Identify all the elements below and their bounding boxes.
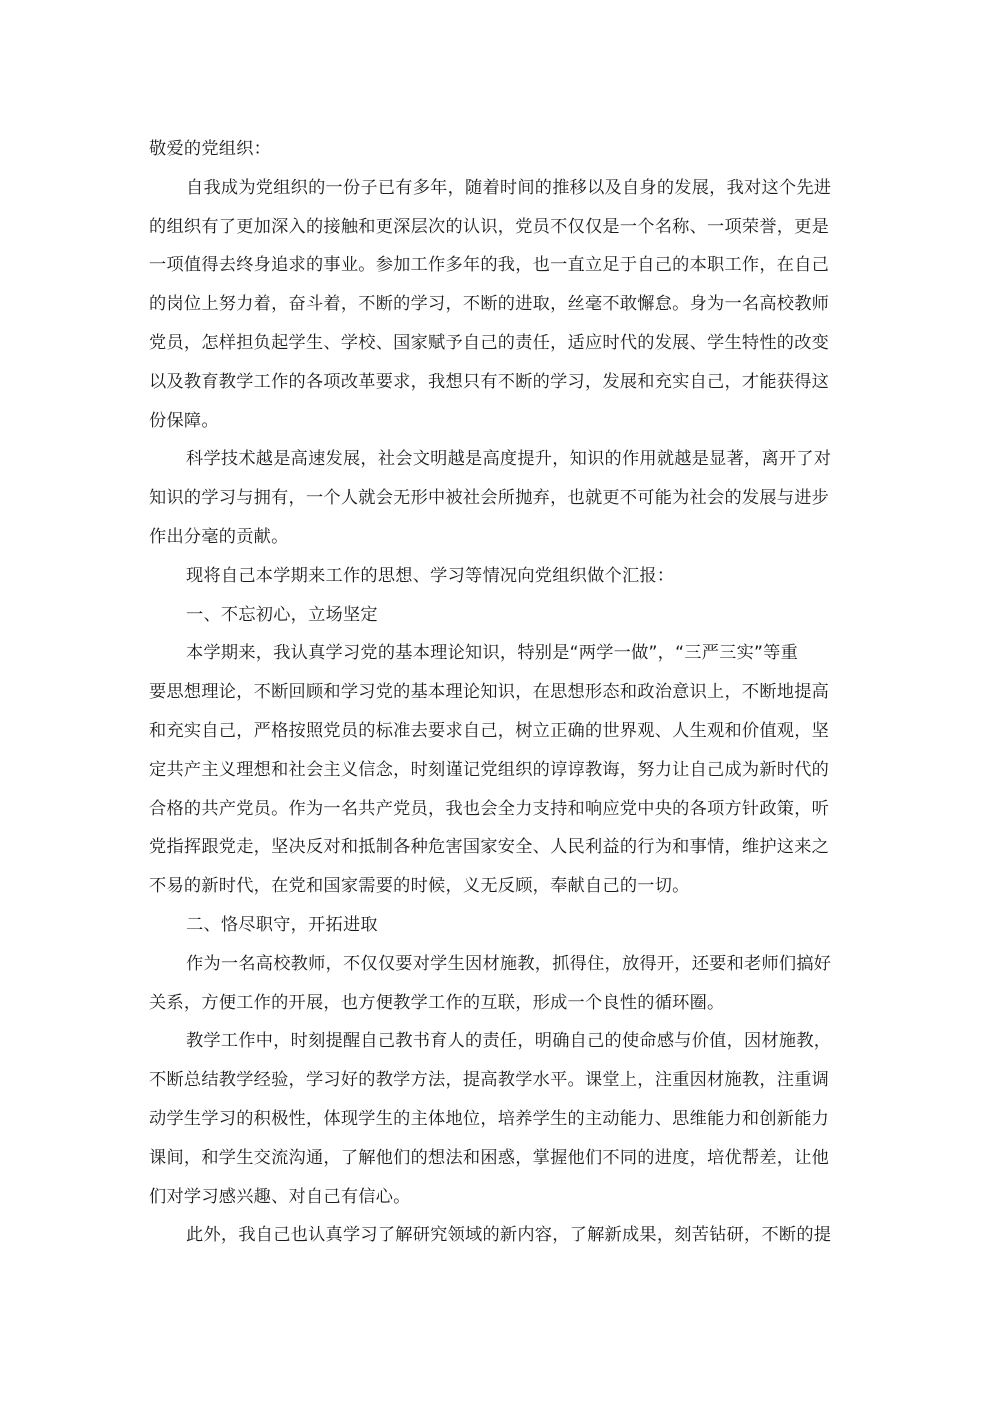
text-line: 一项值得去终身追求的事业。参加工作多年的我，也一直立足于自己的本职工作，在自己	[149, 246, 851, 285]
text-line: 教学工作中，时刻提醒自己教书育人的责任，明确自己的使命感与价值，因材施教，	[149, 1022, 851, 1061]
text-line: 党员，怎样担负起学生、学校、国家赋予自己的责任，适应时代的发展、学生特性的改变	[149, 324, 851, 363]
text-line: 知识的学习与拥有，一个人就会无形中被社会所抛弃，也就更不可能为社会的发展与进步	[149, 479, 851, 518]
text-line: 份保障。	[149, 402, 851, 441]
section-heading: 一、不忘初心，立场坚定	[149, 596, 851, 635]
text-line: 的组织有了更加深入的接触和更深层次的认识，党员不仅仅是一个名称、一项荣誉，更是	[149, 208, 851, 247]
text-line: 自我成为党组织的一份子已有多年，随着时间的推移以及自身的发展，我对这个先进	[149, 169, 851, 208]
text-line: 要思想理论，不断回顾和学习党的基本理论知识，在思想形态和政治意识上，不断地提高	[149, 673, 851, 712]
document-page: 敬爱的党组织： 自我成为党组织的一份子已有多年，随着时间的推移以及自身的发展，我…	[0, 0, 1000, 1415]
text-line: 科学技术越是高速发展，社会文明越是高度提升，知识的作用就越是显著，离开了对	[149, 440, 851, 479]
document-body: 敬爱的党组织： 自我成为党组织的一份子已有多年，随着时间的推移以及自身的发展，我…	[149, 130, 851, 1255]
text-line: 的岗位上努力着，奋斗着，不断的学习，不断的进取，丝毫不敢懈怠。身为一名高校教师	[149, 285, 851, 324]
text-line: 不易的新时代，在党和国家需要的时候，义无反顾，奉献自己的一切。	[149, 867, 851, 906]
section-heading: 二、恪尽职守，开拓进取	[149, 906, 851, 945]
text-line: 合格的共产党员。作为一名共产党员，我也会全力支持和响应党中央的各项方针政策，听	[149, 790, 851, 829]
text-line: 作出分毫的贡献。	[149, 518, 851, 557]
text-line: 以及教育教学工作的各项改革要求，我想只有不断的学习，发展和充实自己，才能获得这	[149, 363, 851, 402]
salutation: 敬爱的党组织：	[149, 130, 851, 169]
text-line: 不断总结教学经验，学习好的教学方法，提高教学水平。课堂上，注重因材施教，注重调	[149, 1061, 851, 1100]
text-line: 和充实自己，严格按照党员的标准去要求自己，树立正确的世界观、人生观和价值观，坚	[149, 712, 851, 751]
text-line: 动学生学习的积极性，体现学生的主体地位，培养学生的主动能力、思维能力和创新能力	[149, 1100, 851, 1139]
text-line: 定共产主义理想和社会主义信念，时刻谨记党组织的谆谆教诲，努力让自己成为新时代的	[149, 751, 851, 790]
text-line: 党指挥跟党走，坚决反对和抵制各种危害国家安全、人民利益的行为和事情，维护这来之	[149, 828, 851, 867]
text-line: 作为一名高校教师，不仅仅要对学生因材施教，抓得住，放得开，还要和老师们搞好	[149, 945, 851, 984]
text-line: 现将自己本学期来工作的思想、学习等情况向党组织做个汇报：	[149, 557, 851, 596]
text-line: 本学期来，我认真学习党的基本理论知识，特别是“两学一做”，“三严三实”等重	[149, 634, 851, 673]
text-line: 课间，和学生交流沟通，了解他们的想法和困惑，掌握他们不同的进度，培优帮差，让他	[149, 1139, 851, 1178]
text-line: 们对学习感兴趣、对自己有信心。	[149, 1178, 851, 1217]
text-line: 此外，我自己也认真学习了解研究领域的新内容，了解新成果，刻苦钻研，不断的提	[149, 1216, 851, 1255]
text-line: 关系，方便工作的开展，也方便教学工作的互联，形成一个良性的循环圈。	[149, 984, 851, 1023]
